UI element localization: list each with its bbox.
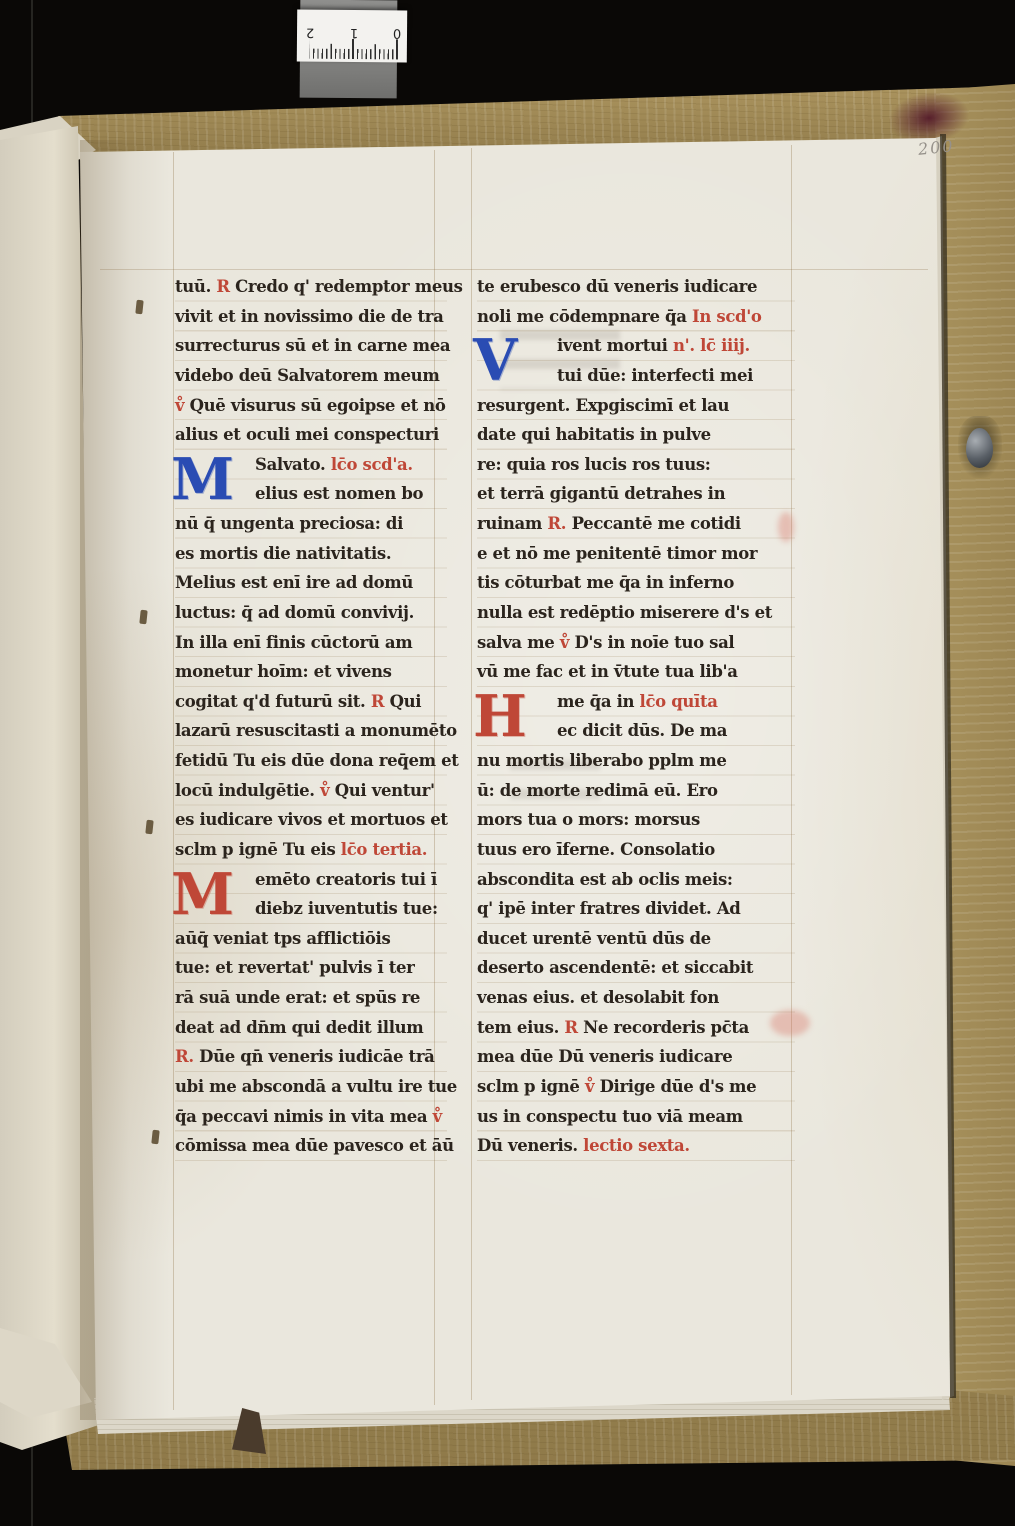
body-text: nu mortis liberabo pplm me: [477, 751, 726, 770]
body-text: es iudicare vivos et mortuos et: [175, 810, 448, 829]
rubric-text: lectio sexta.: [583, 1136, 690, 1155]
text-line: aūq̄ veniat tps afflictiōis: [175, 924, 447, 954]
text-line: In illa enī finis cūctorū am: [175, 628, 447, 658]
body-text: luctus: q̄ ad domū convivij.: [175, 603, 414, 622]
text-line: cōmissa mea dūe pavesco et āū: [175, 1131, 447, 1161]
body-text: monetur hoīm: et vivens: [175, 662, 392, 681]
body-text: ec dicit dūs. De ma: [557, 721, 727, 740]
text-line: nū q̄ ungenta preciosa: di: [175, 509, 447, 539]
text-line: re: quia ros lucis ros tuus:: [477, 450, 795, 480]
rubric-text: lc̄o tertia.: [341, 840, 427, 859]
text-line: deat ad dn̄m qui dedit illum: [175, 1013, 447, 1043]
body-text: sclm p ignē: [477, 1077, 585, 1096]
body-text: Quē visurus sū egoipse et nō: [190, 396, 446, 415]
body-text: videbo deū Salvatorem meum: [175, 366, 439, 385]
body-text: Ne recorderis pc̄ta: [583, 1018, 749, 1037]
text-line: nulla est redēptio miserere d's et: [477, 598, 795, 628]
body-text: venas eius. et desolabit fon: [477, 988, 719, 1007]
body-text: mors tua o mors: morsus: [477, 810, 700, 829]
text-line: lazarū resuscitasti a monumēto: [175, 716, 447, 746]
rubric-text: lc̄o quīta: [640, 692, 718, 711]
rubric-text: R.: [175, 1047, 199, 1066]
body-text: Melius est enī ire ad domū: [175, 573, 413, 592]
rubric-text: lc̄o scd'a.: [331, 455, 413, 474]
text-line: R. Dūe qn̄ veneris iudicāe trā: [175, 1042, 447, 1072]
text-line: tui dūe: interfecti mei: [477, 361, 795, 391]
body-text: mea dūe Dū veneris iudicare: [477, 1047, 732, 1066]
text-line: locū indulgētie. v̊ Qui ventur': [175, 776, 447, 806]
body-text: me q̄a in: [557, 692, 640, 711]
body-text: Dū veneris.: [477, 1136, 583, 1155]
body-text: ivent mortui: [557, 336, 673, 355]
text-line: ducet urentē ventū dūs de: [477, 924, 795, 954]
sewing-stitch: [139, 610, 147, 625]
text-line: es iudicare vivos et mortuos et: [175, 805, 447, 835]
manuscript-photo: 200 tuū. R Credo q' redemptor meusvivit …: [0, 0, 1015, 1526]
body-text: cogitat q'd futurū sit.: [175, 692, 371, 711]
text-line: ubi me abscondā a vultu ire tue: [175, 1072, 447, 1102]
body-text: te erubesco dū veneris iudicare: [477, 277, 757, 296]
rubric-text: v̊: [320, 781, 335, 800]
text-line: te erubesco dū veneris iudicare: [477, 272, 795, 302]
sewing-stitch: [135, 300, 143, 315]
body-text: ruinam: [477, 514, 547, 533]
illuminated-initial-v: V: [473, 333, 517, 389]
text-line: q̄a peccavi nimis in vita mea v̊: [175, 1102, 447, 1132]
body-text: lazarū resuscitasti a monumēto: [175, 721, 457, 740]
text-line: q' ipē inter fratres dividet. Ad: [477, 894, 795, 924]
text-line: ū: de morte redimā eū. Ero: [477, 776, 795, 806]
body-text: deserto ascendentē: et siccabit: [477, 958, 753, 977]
text-line: monetur hoīm: et vivens: [175, 657, 447, 687]
gutter-shadow: [80, 140, 170, 1420]
ruling-line-vertical: [471, 148, 472, 1400]
text-line: tem eius. R Ne recorderis pc̄ta: [477, 1013, 795, 1043]
body-text: vū me fac et in v̄tute tua lib'a: [477, 662, 738, 681]
text-line: tuū. R Credo q' redemptor meus: [175, 272, 447, 302]
ruler-number-0: 0: [393, 25, 401, 40]
body-text: abscondita est ab oclis meis:: [477, 870, 733, 889]
body-text: e et nō me penitentē timor mor: [477, 544, 757, 563]
body-text: ubi me abscondā a vultu ire tue: [175, 1077, 457, 1096]
body-text: alius et oculi mei conspecturi: [175, 425, 439, 444]
body-text: ū: de morte redimā eū. Ero: [477, 781, 718, 800]
text-line: mors tua o mors: morsus: [477, 805, 795, 835]
metal-clasp-boss: [966, 428, 993, 468]
text-line: tue: et revertat' pulvis ī ter: [175, 953, 447, 983]
body-text: et terrā gigantū detrahes in: [477, 484, 725, 503]
body-text: emēto creatoris tui ī: [255, 870, 437, 889]
text-line: es mortis die nativitatis.: [175, 539, 447, 569]
body-text: Dūe qn̄ veneris iudicāe trā: [199, 1047, 434, 1066]
text-line: videbo deū Salvatorem meum: [175, 361, 447, 391]
text-line: tis cōturbat me q̄a in inferno: [477, 568, 795, 598]
body-text: diebz iuventutis tue:: [255, 899, 438, 918]
text-line: vivit et in novissimo die de tra: [175, 302, 447, 332]
body-text: rā suā unde erat: et spūs re: [175, 988, 420, 1007]
body-text: vivit et in novissimo die de tra: [175, 307, 444, 326]
body-text: Salvato.: [255, 455, 331, 474]
text-line: fetidū Tu eis dūe dona req̄em et: [175, 746, 447, 776]
rubric-text: R.: [547, 514, 571, 533]
illuminated-initial-m: M: [171, 452, 234, 508]
body-text: q' ipē inter fratres dividet. Ad: [477, 899, 740, 918]
body-text: es mortis die nativitatis.: [175, 544, 391, 563]
body-text: Qui ventur': [335, 781, 435, 800]
rubric-text: In scd'o: [692, 307, 762, 326]
text-line: salva me v̊ D's in noīe tuo sal: [477, 628, 795, 658]
text-line: nu mortis liberabo pplm me: [477, 746, 795, 776]
body-text: sclm p ignē Tu eis: [175, 840, 341, 859]
rubric-text: R: [216, 277, 235, 296]
ruling-line-vertical: [173, 152, 174, 1410]
text-line: deserto ascendentē: et siccabit: [477, 953, 795, 983]
body-text: tis cōturbat me q̄a in inferno: [477, 573, 734, 592]
folio-number: 200: [917, 136, 955, 159]
text-line: abscondita est ab oclis meis:: [477, 865, 795, 895]
rubric-text: v̊: [175, 396, 190, 415]
body-text: nulla est redēptio miserere d's et: [477, 603, 772, 622]
scale-ruler: 0 1 2: [297, 10, 407, 63]
body-text: In illa enī finis cūctorū am: [175, 633, 412, 652]
body-text: tui dūe: interfecti mei: [557, 366, 753, 385]
body-text: q̄a peccavi nimis in vita mea: [175, 1107, 433, 1126]
text-line: us in conspectu tuo viā meam: [477, 1102, 795, 1132]
rubric-text: R: [371, 692, 390, 711]
body-text: tuus ero īferne. Consolatio: [477, 840, 715, 859]
text-line: resurgent. Expgiscimī et lau: [477, 391, 795, 421]
body-text: us in conspectu tuo viā meam: [477, 1107, 743, 1126]
body-text: tuū.: [175, 277, 216, 296]
body-text: tem eius.: [477, 1018, 564, 1037]
body-text: deat ad dn̄m qui dedit illum: [175, 1018, 423, 1037]
text-line: venas eius. et desolabit fon: [477, 983, 795, 1013]
text-line: luctus: q̄ ad domū convivij.: [175, 598, 447, 628]
text-line: mea dūe Dū veneris iudicare: [477, 1042, 795, 1072]
text-line: date qui habitatis in pulve: [477, 420, 795, 450]
text-line: Dū veneris. lectio sexta.: [477, 1131, 795, 1161]
body-text: D's in noīe tuo sal: [574, 633, 734, 652]
ruling-line-horizontal: [100, 269, 928, 270]
body-text: Credo q' redemptor meus: [235, 277, 462, 296]
text-line: surrecturus sū et in carne mea: [175, 331, 447, 361]
text-line: v̊ Quē visurus sū egoipse et nō: [175, 391, 447, 421]
text-column-left: tuū. R Credo q' redemptor meusvivit et i…: [175, 272, 447, 1161]
ruler-number-2: 2: [306, 25, 314, 40]
sewing-stitch: [145, 820, 153, 835]
body-text: re: quia ros lucis ros tuus:: [477, 455, 711, 474]
text-line: tuus ero īferne. Consolatio: [477, 835, 795, 865]
illuminated-initial-h: H: [473, 689, 527, 745]
ruler-number-1: 1: [350, 25, 358, 40]
body-text: fetidū Tu eis dūe dona req̄em et: [175, 751, 459, 770]
sewing-stitch: [151, 1130, 159, 1145]
text-line: noli me cōdempnare q̄a In scd'o: [477, 302, 795, 332]
rubric-text: v̊: [585, 1077, 600, 1096]
body-text: locū indulgētie.: [175, 781, 320, 800]
rubric-text: R: [564, 1018, 583, 1037]
text-line: ruinam R. Peccantē me cotidi: [477, 509, 795, 539]
body-text: surrecturus sū et in carne mea: [175, 336, 450, 355]
body-text: cōmissa mea dūe pavesco et āū: [175, 1136, 454, 1155]
text-line: e et nō me penitentē timor mor: [477, 539, 795, 569]
body-text: salva me: [477, 633, 560, 652]
body-text: resurgent. Expgiscimī et lau: [477, 396, 729, 415]
body-text: noli me cōdempnare q̄a: [477, 307, 692, 326]
rubric-text: v̊: [560, 633, 575, 652]
body-text: ducet urentē ventū dūs de: [477, 929, 711, 948]
illuminated-initial-m: M: [171, 867, 234, 923]
text-line: sclm p ignē v̊ Dirige dūe d's me: [477, 1072, 795, 1102]
text-line: rā suā unde erat: et spūs re: [175, 983, 447, 1013]
body-text: Dirige dūe d's me: [600, 1077, 757, 1096]
text-line: et terrā gigantū detrahes in: [477, 479, 795, 509]
body-text: Qui: [390, 692, 422, 711]
body-text: date qui habitatis in pulve: [477, 425, 711, 444]
body-text: elius est nomen bo: [255, 484, 423, 503]
ruler-ticks: [310, 39, 398, 60]
text-line: cogitat q'd futurū sit. R Qui: [175, 687, 447, 717]
text-line: ivent mortui n'. lc̄ iiij.: [477, 331, 795, 361]
text-line: Melius est enī ire ad domū: [175, 568, 447, 598]
body-text: nū q̄ ungenta preciosa: di: [175, 514, 403, 533]
text-column-right: te erubesco dū veneris iudicarenoli me c…: [477, 272, 795, 1161]
rubric-text: n'. lc̄ iiij.: [673, 336, 750, 355]
ruler-numbers: 0 1 2: [310, 20, 398, 41]
body-text: tue: et revertat' pulvis ī ter: [175, 958, 415, 977]
rubric-text: v̊: [433, 1107, 442, 1126]
body-text: Peccantē me cotidi: [572, 514, 741, 533]
body-text: aūq̄ veniat tps afflictiōis: [175, 929, 390, 948]
